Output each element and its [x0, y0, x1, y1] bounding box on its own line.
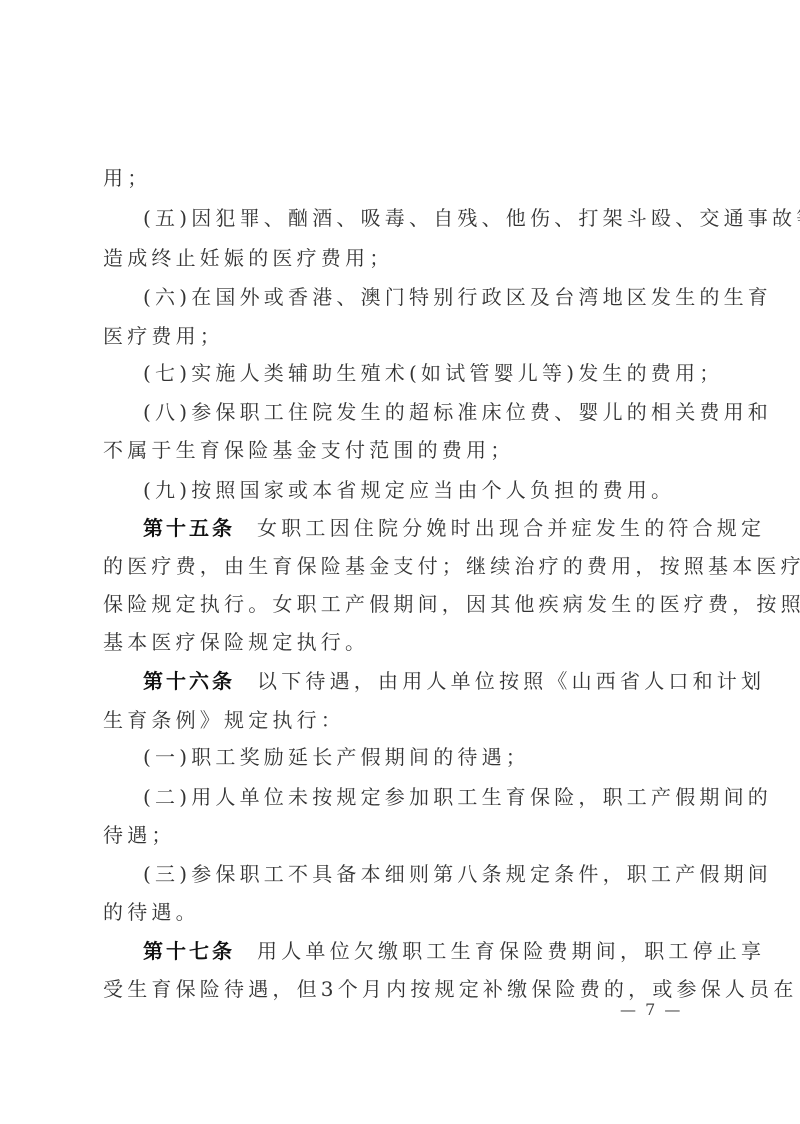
text-line: 待遇； — [103, 820, 703, 850]
article-16: 第十六条以下待遇，由用人单位按照《山西省人口和计划 — [103, 666, 703, 696]
line-text: 女职工因住院分娩时出现合并症发生的符合规定 — [257, 516, 765, 540]
list-item-6: (六)在国外或香港、澳门特别行政区及台湾地区发生的生育 — [103, 282, 703, 312]
article-15: 第十五条女职工因住院分娩时出现合并症发生的符合规定 — [103, 513, 703, 543]
page-number: — 7 — — [620, 998, 682, 1022]
list-item-2: (二)用人单位未按规定参加职工生育保险，职工产假期间的 — [103, 782, 703, 812]
line-text: 用； — [103, 166, 151, 190]
line-text: 保险规定执行。女职工产假期间，因其他疾病发生的医疗费，按照 — [103, 592, 800, 616]
article-17: 第十七条用人单位欠缴职工生育保险费期间，职工停止享 — [103, 936, 703, 966]
article-heading: 第十五条 — [143, 516, 235, 540]
text-line: 用； — [103, 163, 703, 193]
line-text: 的待遇。 — [103, 900, 200, 924]
text-line: 基本医疗保险规定执行。 — [103, 627, 703, 657]
list-item-8: (八)参保职工住院发生的超标准床位费、婴儿的相关费用和 — [103, 397, 703, 427]
text-line: 医疗费用； — [103, 321, 703, 351]
list-item-5: (五)因犯罪、酗酒、吸毒、自残、他伤、打架斗殴、交通事故等 — [103, 203, 703, 233]
line-text: 待遇； — [103, 823, 176, 847]
list-item-3: (三)参保职工不具备本细则第八条规定条件，职工产假期间 — [103, 859, 703, 889]
line-text: (八)参保职工住院发生的超标准床位费、婴儿的相关费用和 — [143, 400, 772, 424]
text-line: 的医疗费，由生育保险基金支付；继续治疗的费用，按照基本医疗 — [103, 551, 703, 581]
list-item-7: (七)实施人类辅助生殖术(如试管婴儿等)发生的费用； — [103, 358, 703, 388]
line-text: 用人单位欠缴职工生育保险费期间，职工停止享 — [257, 939, 765, 963]
line-text: 受生育保险待遇，但3个月内按规定补缴保险费的，或参保人员在 — [103, 977, 798, 1001]
text-line: 不属于生育保险基金支付范围的费用； — [103, 435, 703, 465]
line-text: (九)按照国家或本省规定应当由个人负担的费用。 — [143, 478, 675, 502]
line-text: 造成终止妊娠的医疗费用； — [103, 246, 393, 270]
line-text: (六)在国外或香港、澳门特别行政区及台湾地区发生的生育 — [143, 285, 772, 309]
line-text: (七)实施人类辅助生殖术(如试管婴儿等)发生的费用； — [143, 361, 723, 385]
line-text: 以下待遇，由用人单位按照《山西省人口和计划 — [257, 669, 765, 693]
line-text: (一)职工奖励延长产假期间的待遇； — [143, 745, 530, 769]
document-page: 用； (五)因犯罪、酗酒、吸毒、自残、他伤、打架斗殴、交通事故等 造成终止妊娠的… — [0, 0, 800, 1124]
text-line: 造成终止妊娠的医疗费用； — [103, 243, 703, 273]
article-heading: 第十七条 — [143, 939, 235, 963]
line-text: (五)因犯罪、酗酒、吸毒、自残、他伤、打架斗殴、交通事故等 — [143, 206, 800, 230]
text-line: 的待遇。 — [103, 897, 703, 927]
text-line: 生育条例》规定执行： — [103, 705, 703, 735]
article-heading: 第十六条 — [143, 669, 235, 693]
line-text: 不属于生育保险基金支付范围的费用； — [103, 438, 514, 462]
text-line: 受生育保险待遇，但3个月内按规定补缴保险费的，或参保人员在 — [103, 974, 703, 1004]
line-text: 生育条例》规定执行： — [103, 708, 345, 732]
list-item-1: (一)职工奖励延长产假期间的待遇； — [103, 742, 703, 772]
line-text: 的医疗费，由生育保险基金支付；继续治疗的费用，按照基本医疗 — [103, 554, 800, 578]
line-text: (二)用人单位未按规定参加职工生育保险，职工产假期间的 — [143, 785, 772, 809]
line-text: 基本医疗保险规定执行。 — [103, 630, 369, 654]
line-text: (三)参保职工不具备本细则第八条规定条件，职工产假期间 — [143, 862, 772, 886]
list-item-9: (九)按照国家或本省规定应当由个人负担的费用。 — [103, 475, 703, 505]
line-text: 医疗费用； — [103, 324, 224, 348]
text-line: 保险规定执行。女职工产假期间，因其他疾病发生的医疗费，按照 — [103, 589, 703, 619]
